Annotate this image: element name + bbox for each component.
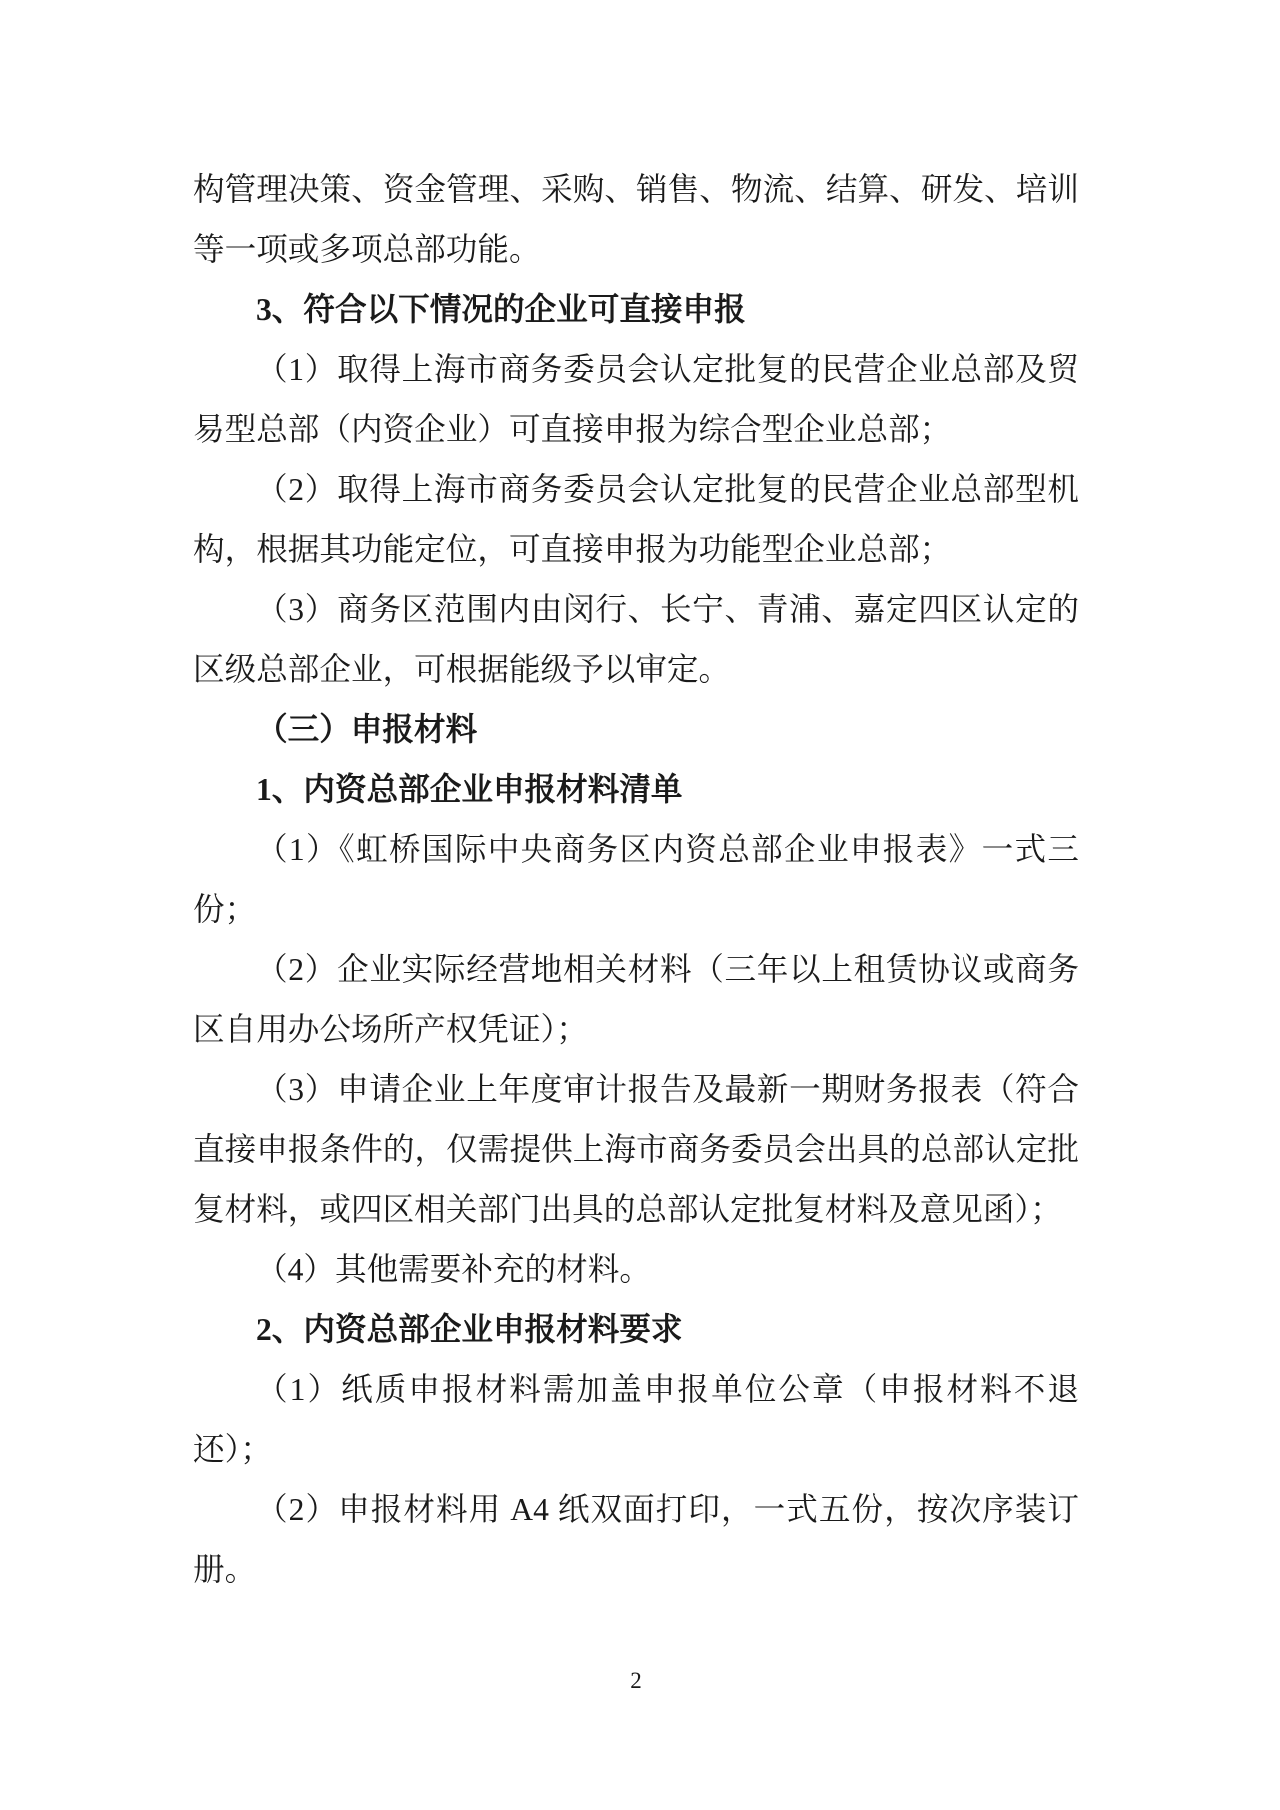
text-line: 直接申报条件的，仅需提供上海市商务委员会出具的总部认定批: [193, 1120, 1079, 1180]
text-line: （2）取得上海市商务委员会认定批复的民营企业总部型机: [193, 460, 1079, 520]
text-line: 3、符合以下情况的企业可直接申报: [193, 280, 1079, 340]
text-line: （2）企业实际经营地相关材料（三年以上租赁协议或商务: [193, 940, 1079, 1000]
text-line: 易型总部（内资企业）可直接申报为综合型企业总部；: [193, 400, 1079, 460]
text-line: （1）《虹桥国际中央商务区内资总部企业申报表》一式三: [193, 820, 1079, 880]
text-line: （4）其他需要补充的材料。: [193, 1240, 1079, 1300]
text-line: 构管理决策、资金管理、采购、销售、物流、结算、研发、培训: [193, 160, 1079, 220]
text-line: （1）取得上海市商务委员会认定批复的民营企业总部及贸: [193, 340, 1079, 400]
text-line: 等一项或多项总部功能。: [193, 220, 1079, 280]
document-page: 构管理决策、资金管理、采购、销售、物流、结算、研发、培训等一项或多项总部功能。3…: [0, 0, 1280, 1810]
text-line: （三）申报材料: [193, 700, 1079, 760]
text-line: 份；: [193, 880, 1079, 940]
text-line: （2）申报材料用 A4 纸双面打印，一式五份，按次序装订成: [193, 1480, 1079, 1540]
text-line: 复材料，或四区相关部门出具的总部认定批复材料及意见函）；: [193, 1180, 1079, 1240]
document-body: 构管理决策、资金管理、采购、销售、物流、结算、研发、培训等一项或多项总部功能。3…: [193, 160, 1079, 1600]
text-line: 构，根据其功能定位，可直接申报为功能型企业总部；: [193, 520, 1079, 580]
text-line: （3）商务区范围内由闵行、长宁、青浦、嘉定四区认定的: [193, 580, 1079, 640]
text-line: 还）；: [193, 1420, 1079, 1480]
page-number: 2: [193, 1668, 1079, 1694]
text-line: 2、内资总部企业申报材料要求: [193, 1300, 1079, 1360]
text-line: 1、内资总部企业申报材料清单: [193, 760, 1079, 820]
text-line: （3）申请企业上年度审计报告及最新一期财务报表（符合: [193, 1060, 1079, 1120]
text-line: 区级总部企业，可根据能级予以审定。: [193, 640, 1079, 700]
text-line: 区自用办公场所产权凭证）；: [193, 1000, 1079, 1060]
text-line: 册。: [193, 1540, 1079, 1600]
text-line: （1）纸质申报材料需加盖申报单位公章（申报材料不退: [193, 1360, 1079, 1420]
